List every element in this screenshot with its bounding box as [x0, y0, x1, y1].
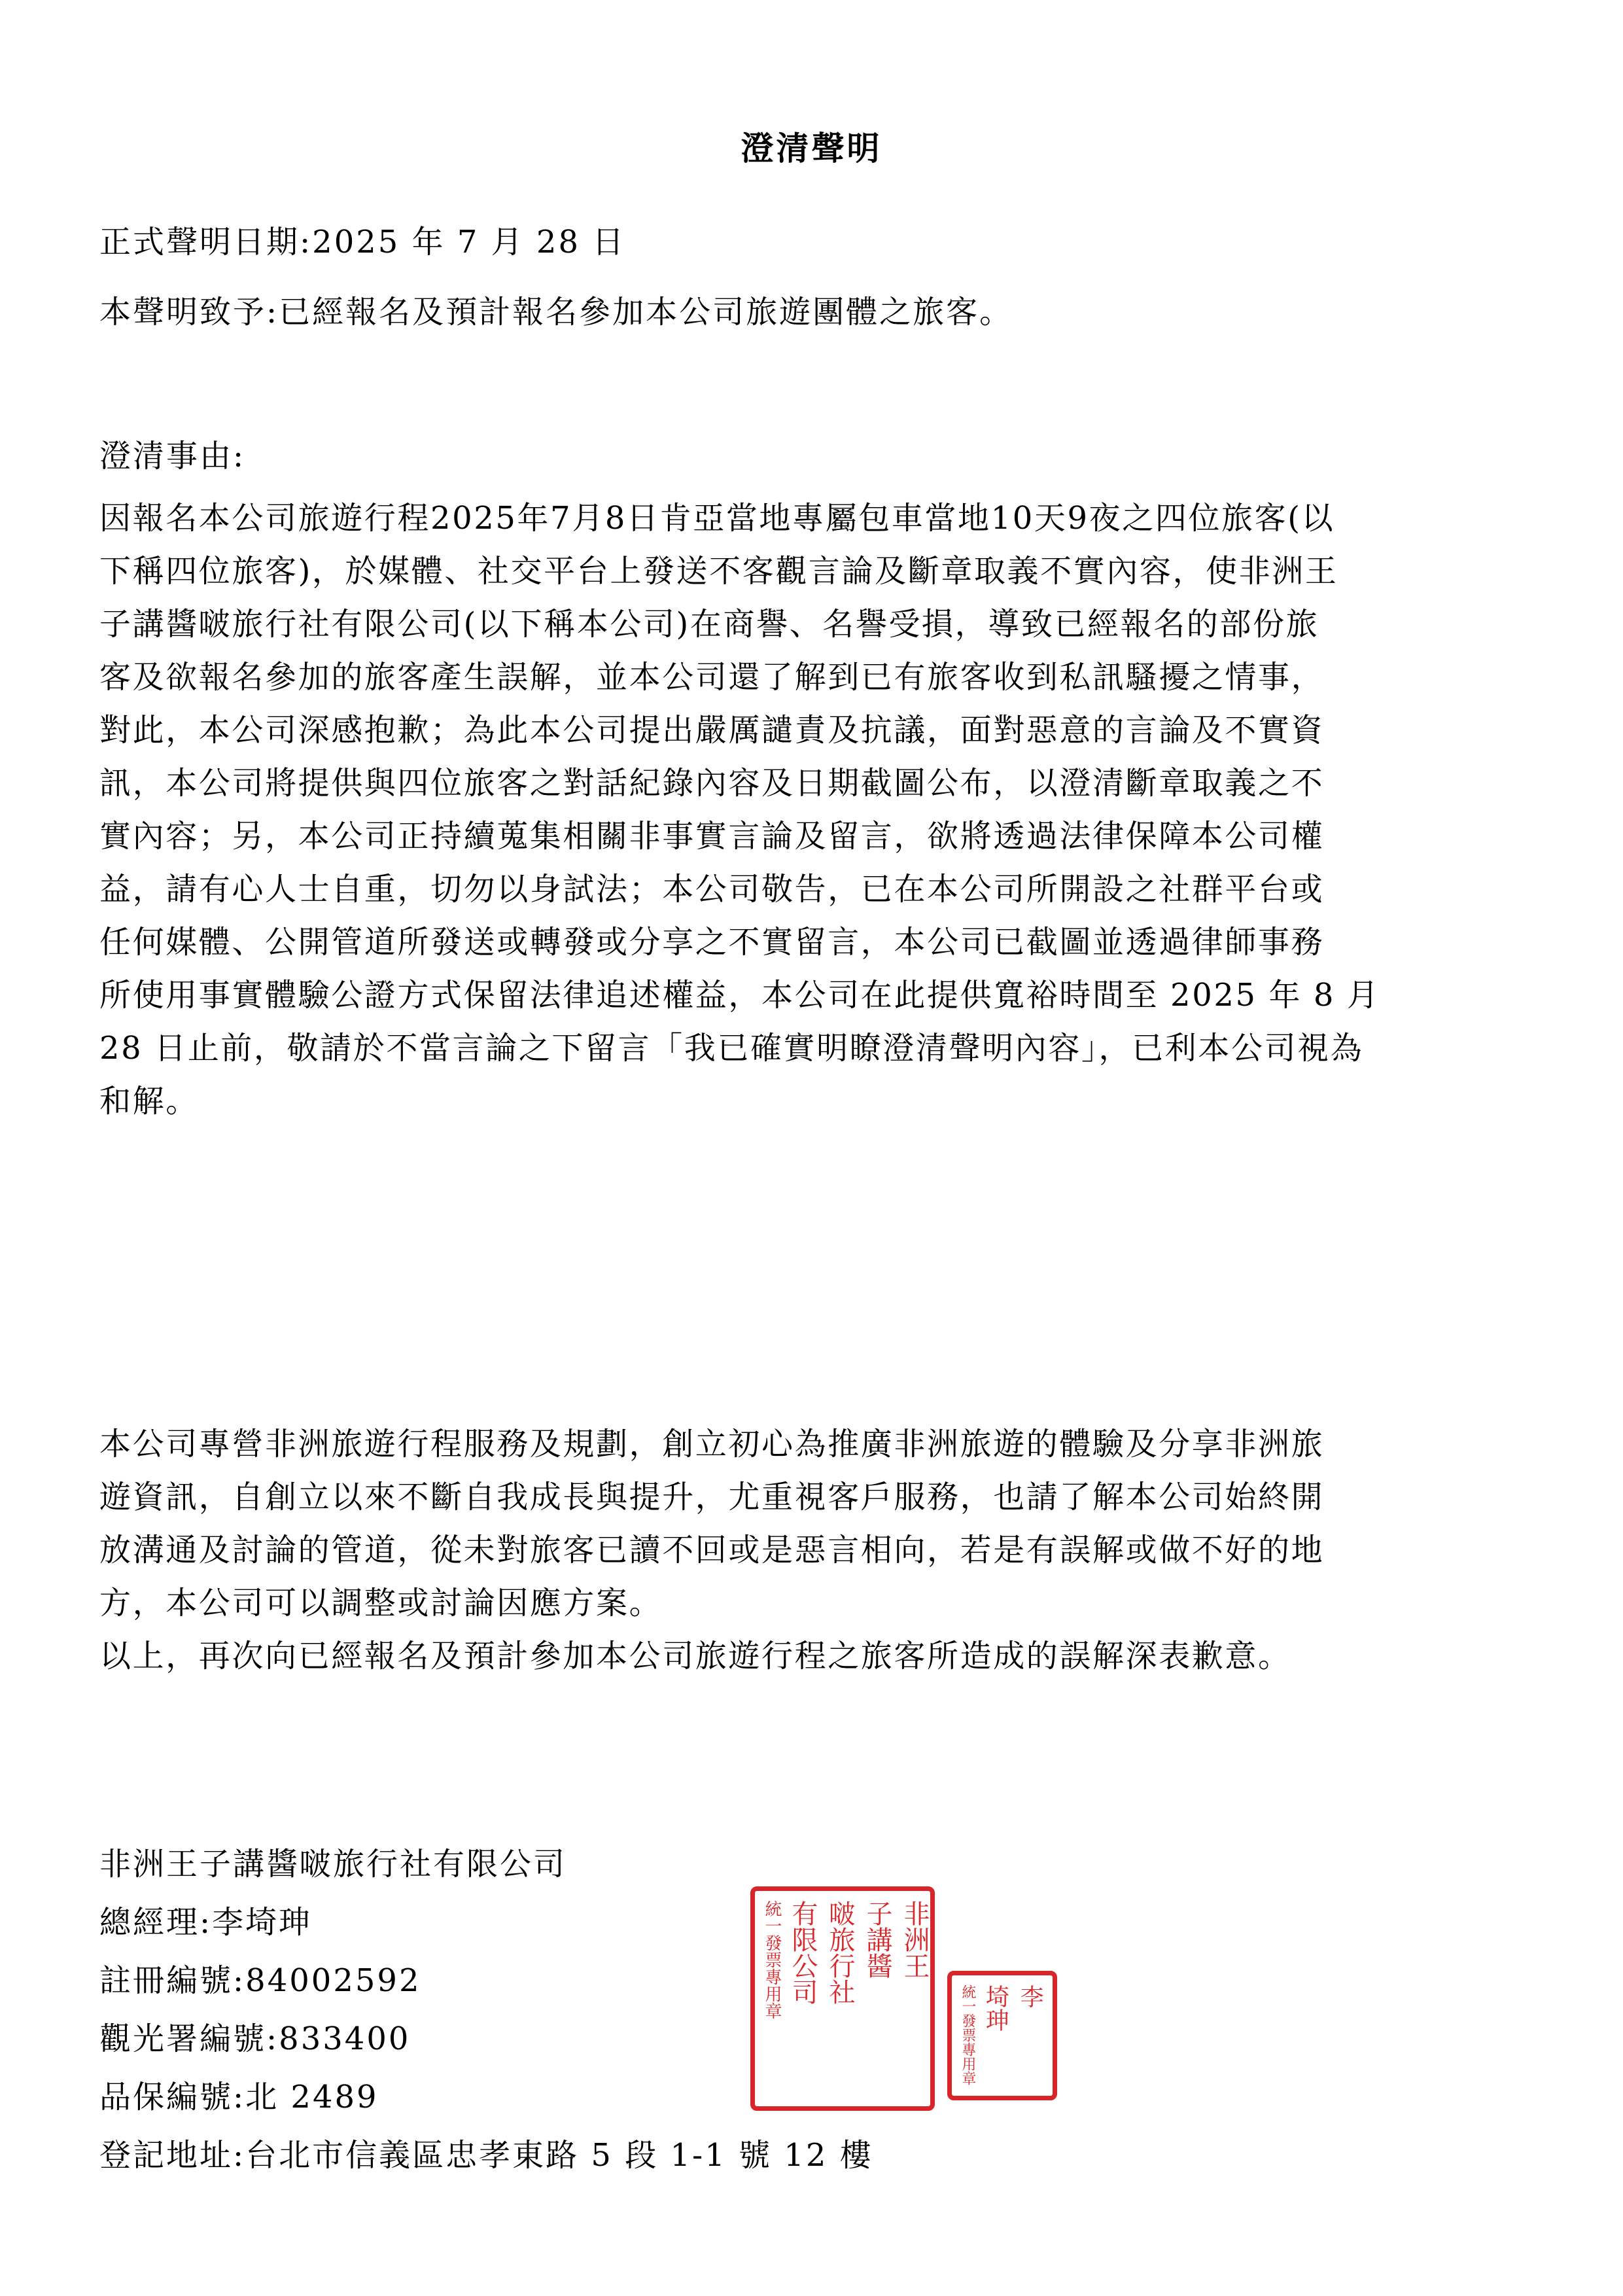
paragraph-line: 對此，本公司深感抱歉；為此本公司提出嚴厲譴責及抗議，面對惡意的言論及不實資 — [99, 704, 1523, 757]
seal-column: 統一發票專用章 — [958, 1985, 978, 2087]
paragraph-line: 益，請有心人士自重，切勿以身試法；本公司敬告，已在本公司所開設之社群平台或 — [99, 863, 1523, 916]
reason-heading: 澄清事由: — [99, 436, 245, 476]
closing-line: 以上，再次向已經報名及預計參加本公司旅遊行程之旅客所造成的誤解深表歉意。 — [99, 1630, 1523, 1683]
registered-address: 登記地址:台北市信義區忠孝東路 5 段 1-1 號 12 樓 — [99, 2127, 873, 2185]
paragraph-line: 放溝通及討論的管道，從未對旅客已讀不回或是惡言相向，若是有誤解或做不好的地 — [99, 1524, 1523, 1577]
seal-column: 李 — [1013, 1985, 1047, 2087]
reason-paragraph: 因報名本公司旅遊行程2025年7月8日肯亞當地專屬包車當地10天9夜之四位旅客(… — [99, 492, 1523, 1128]
paragraph-line: 訊，本公司將提供與四位旅客之對話紀錄內容及日期截圖公布，以澄清斷章取義之不 — [99, 757, 1523, 810]
paragraph-line: 實內容；另，本公司正持續蒐集相關非事實言論及留言，欲將透過法律保障本公司權 — [99, 810, 1523, 863]
service-paragraph: 本公司專營非洲旅遊行程服務及規劃，創立初心為推廣非洲旅遊的體驗及分享非洲旅 遊資… — [99, 1418, 1523, 1683]
seal-column: 子講醬 — [859, 1900, 896, 2097]
paragraph-line: 客及欲報名參加的旅客產生誤解，並本公司還了解到已有旅客收到私訊騷擾之情事， — [99, 651, 1523, 704]
paragraph-line: 因報名本公司旅遊行程2025年7月8日肯亞當地專屬包車當地10天9夜之四位旅客(… — [99, 492, 1523, 545]
paragraph-line: 子講醬啵旅行社有限公司(以下稱本公司)在商譽、名譽受損，導致已經報名的部份旅 — [99, 598, 1523, 651]
company-seal-stamp: 非洲王 子講醬 啵旅行社 有限公司 統一發票專用章 — [750, 1886, 935, 2111]
paragraph-line: 遊資訊，自創立以來不斷自我成長與提升，尤重視客戶服務，也請了解本公司始終開 — [99, 1471, 1523, 1524]
paragraph-line: 28 日止前，敬請於不當言論之下留言「我已確實明瞭澄清聲明內容」，已利本公司視為 — [99, 1022, 1523, 1075]
seal-column: 統一發票專用章 — [760, 1900, 784, 2097]
paragraph-line: 任何媒體、公開管道所發送或轉發或分享之不實留言，本公司已截圖並透過律師事務 — [99, 916, 1523, 969]
seal-column: 有限公司 — [784, 1900, 822, 2097]
paragraph-line: 下稱四位旅客)，於媒體、社交平台上發送不客觀言論及斷章取義不實內容，使非洲王 — [99, 545, 1523, 598]
paragraph-line: 所使用事實體驗公證方式保留法律追述權益，本公司在此提供寬裕時間至 2025 年 … — [99, 969, 1523, 1022]
seal-column: 非洲王 — [896, 1900, 934, 2097]
statement-addressee: 本聲明致予:已經報名及預計報名參加本公司旅遊團體之旅客。 — [99, 292, 1013, 332]
document-page: 澄清聲明 正式聲明日期:2025 年 7 月 28 日 本聲明致予:已經報名及預… — [0, 0, 1623, 2296]
document-title: 澄清聲明 — [0, 126, 1623, 171]
seal-column: 啵旅行社 — [822, 1900, 859, 2097]
paragraph-line: 方，本公司可以調整或討論因應方案。 — [99, 1577, 1523, 1630]
statement-date: 正式聲明日期:2025 年 7 月 28 日 — [99, 222, 625, 262]
manager-seal-stamp: 李 埼珅 統一發票專用章 — [947, 1971, 1057, 2100]
paragraph-line: 和解。 — [99, 1075, 1523, 1128]
seal-column: 埼珅 — [979, 1985, 1012, 2087]
paragraph-line: 本公司專營非洲旅遊行程服務及規劃，創立初心為推廣非洲旅遊的體驗及分享非洲旅 — [99, 1418, 1523, 1471]
company-name: 非洲王子講醬啵旅行社有限公司 — [99, 1835, 873, 1894]
